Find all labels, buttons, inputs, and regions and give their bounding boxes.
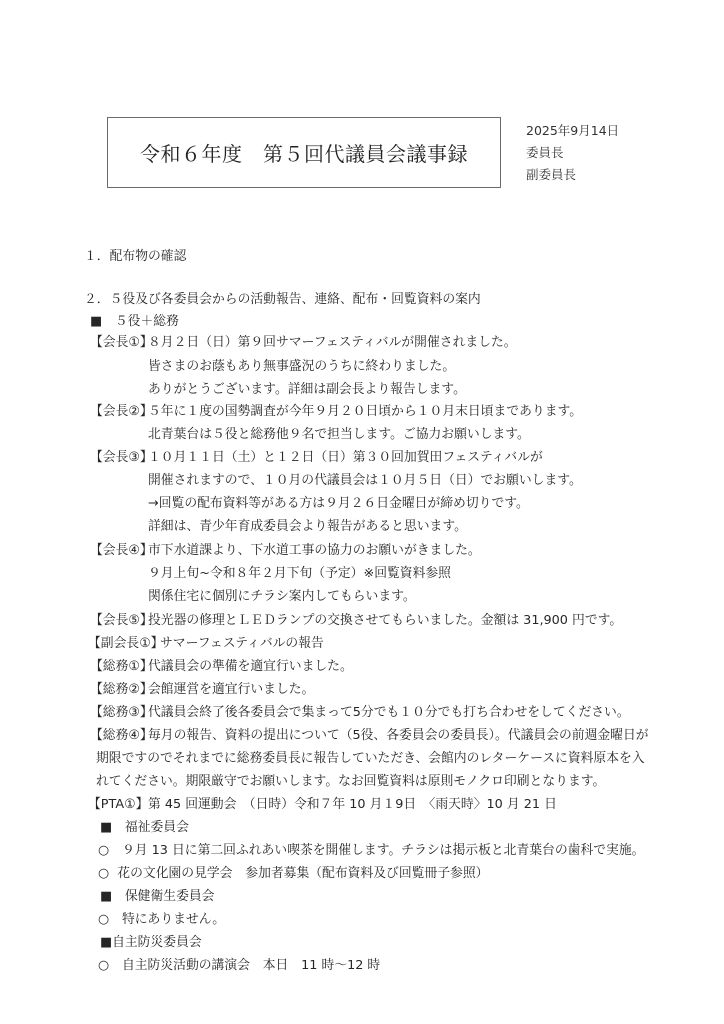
- report-tag: 【総務①】: [90, 659, 153, 675]
- report-tag: 【会長①】: [90, 335, 153, 351]
- report-line: 毎月の報告、資料の提出について（5役、各委員会の委員長）。代議員会の前週金曜日が: [148, 728, 649, 744]
- report-line: 期限ですのでそれまでに総務委員長に報告していただき、会館内のレターケースに資料原…: [96, 751, 645, 767]
- report-line: 北青葉台は５役と総務他９名で担当します。ご協力お願いします。: [148, 427, 530, 443]
- report-line: →回覧の配布資料等がある方は９月２６日金曜日が締め切りです。: [148, 496, 529, 512]
- report-tag: 【会長⑤】: [90, 613, 153, 629]
- report-line: ８月２日（日）第９回サマーフェスティバルが開催されました。: [148, 335, 517, 351]
- report-line: サマーフェスティバルの報告: [160, 636, 324, 652]
- committee-item: ○ 特にありません。: [98, 912, 225, 928]
- signatory-vice-chair: 副委員長: [526, 164, 619, 186]
- report-tag: 【副会長①】: [88, 636, 163, 652]
- committee-item: ○ 花の文化園の見学会 参加者募集（配布資料及び回覧冊子参照）: [98, 866, 488, 882]
- report-line: 詳細は、青少年育成委員会より報告があると思います。: [148, 519, 467, 535]
- section-heading-2: ２．５役及び各委員会からの活動報告、連絡、配布・回覧資料の案内: [84, 292, 481, 308]
- report-tag: 【総務④】: [90, 728, 153, 744]
- report-line: 代議員会の準備を適宜行いました。: [148, 659, 353, 675]
- report-line: 皆さまのお蔭もあり無事盛況のうちに終わりました。: [148, 359, 455, 375]
- report-tag: 【総務③】: [90, 705, 153, 721]
- group-heading-officers: ■ ５役＋総務: [90, 314, 179, 330]
- group-heading-welfare: ■ 福祉委員会: [100, 820, 189, 836]
- report-line: 代議員会終了後各委員会で集まって5分でも１０分でも打ち合わせをしてください。: [148, 705, 630, 721]
- signatory-chair: 委員長: [526, 142, 619, 164]
- document-meta: 2025年9月14日 委員長 副委員長: [526, 120, 619, 186]
- report-tag: 【総務②】: [90, 682, 153, 698]
- report-line: 第 45 回運動会 （日時）令和７年 10 月１9日 〈雨天時〉10 月 21 …: [148, 797, 557, 813]
- document-date: 2025年9月14日: [526, 120, 619, 142]
- committee-item: ○ 自主防災活動の講演会 本日 11 時～12 時: [98, 958, 380, 974]
- report-line: れてください。期限厳守でお願いします。なお回覧資料は原則モノクロ印刷となります。: [96, 774, 605, 790]
- report-line: 会館運営を適宜行いました。: [148, 682, 314, 698]
- document-title: 令和６年度 第５回代議員会議事録: [140, 138, 468, 167]
- report-line: 開催されますので、１０月の代議員会は１０月５日（日）でお願いします。: [148, 473, 582, 489]
- report-line: 投光器の修理とＬＥＤランプの交換させてもらいました。金額は 31,900 円です…: [148, 613, 622, 629]
- section-heading-1: １．配布物の確認: [84, 249, 186, 265]
- committee-item: ○ ９月 13 日に第二回ふれあい喫茶を開催します。チラシは掲示板と北青葉台の歯…: [98, 843, 644, 859]
- report-line: ５年に１度の国勢調査が今年９月２０日頃から１０月末日頃まであります。: [148, 404, 582, 420]
- report-line: １０月１１日（土）と１２日（日）第３０回加賀田フェスティバルが: [148, 450, 543, 466]
- group-heading-health: ■ 保健衛生委員会: [100, 889, 214, 905]
- report-tag: 【PTA①】: [88, 797, 148, 813]
- report-line: 関係住宅に個別にチラシ案内してもらいます。: [148, 589, 416, 605]
- report-line: 市下水道課より、下水道工事の協力のお願いがきました。: [148, 543, 481, 559]
- report-line: ９月上旬~令和８年２月下旬（予定）※回覧資料参照: [148, 566, 451, 582]
- report-tag: 【会長④】: [90, 543, 153, 559]
- report-line: ありがとうございます。詳細は副会長より報告します。: [148, 382, 466, 398]
- group-heading-disaster: ■自主防災委員会: [100, 935, 202, 951]
- report-tag: 【会長②】: [90, 404, 153, 420]
- title-box: 令和６年度 第５回代議員会議事録: [107, 117, 501, 188]
- report-tag: 【会長③】: [90, 450, 153, 466]
